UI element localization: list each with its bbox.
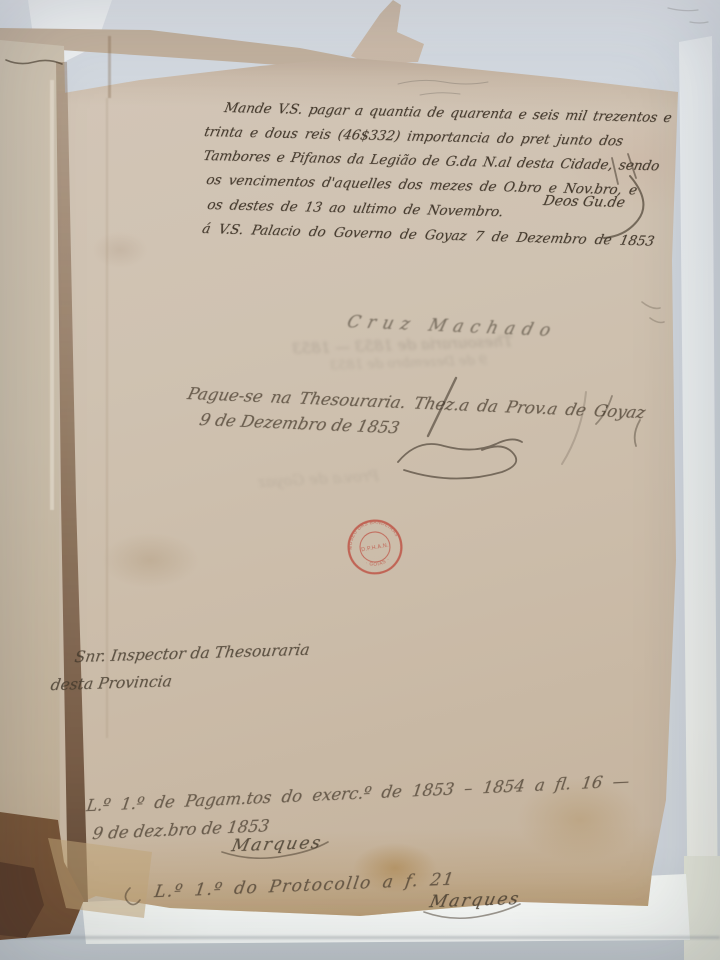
archival-document-photo: Thesouraria de 1853 — 1853 9 de Dezembro… [0, 0, 720, 960]
ink-flourishes [0, 0, 720, 960]
protocol-signature-swash [424, 904, 520, 918]
stamp-center-text: D.P.H.A.N. [361, 542, 389, 553]
ledger-signature-swash [222, 842, 328, 858]
bleed-mark-top-right [668, 8, 708, 23]
stamp-ring-text-bottom: · GOIÁS · [364, 557, 392, 570]
archive-stamp-graphic: MUSEU DAS BANDEIRAS · GOIÁS · D.P.H.A.N. [339, 511, 411, 583]
ink-squiggle-top-left [6, 60, 62, 64]
pencil-scribble [398, 80, 488, 95]
archive-stamp: MUSEU DAS BANDEIRAS · GOIÁS · D.P.H.A.N. [339, 511, 411, 583]
paragraph-flourish [604, 176, 643, 238]
protocol-leading-mark [125, 888, 140, 905]
diagonal-pen-slash [428, 378, 456, 436]
bleed-curve-mid [562, 392, 586, 464]
rubric-flourish [398, 439, 522, 478]
stray-stroke-right [596, 396, 640, 446]
bleed-marks-right [642, 302, 664, 323]
